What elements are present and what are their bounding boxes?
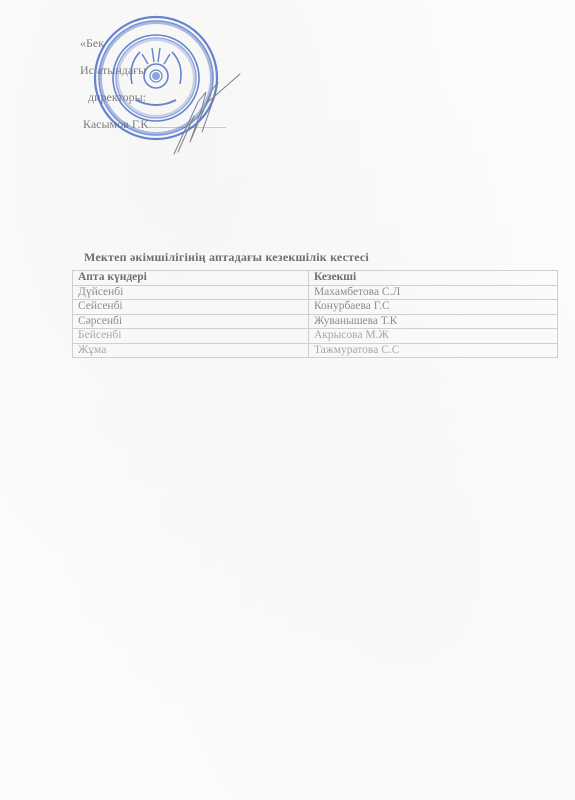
duty-officer-cell: Тажмуратова С.С [308, 343, 557, 358]
document-title: Мектеп әкімшілігінің аптадағы кезекшілік… [84, 250, 369, 265]
weekday-cell: Бейсенбі [73, 329, 309, 344]
approval-line-school-name: Ис атындағы [80, 57, 151, 84]
table-row: Дүйсенбі Махамбетова С.Л [73, 285, 558, 300]
weekday-cell: Жұма [73, 343, 309, 358]
weekday-cell: Дүйсенбі [73, 285, 309, 300]
table-row: Сәрсенбі Жуванышева Т.К [73, 314, 558, 329]
table-row: Жұма Тажмуратова С.С [73, 343, 558, 358]
duty-officer-cell: Конурбаева Г.С [308, 300, 557, 315]
duty-officer-cell: Акрысова М.Ж [308, 329, 557, 344]
approval-signatory-name: Касымов Г.К. [83, 111, 151, 138]
weekday-cell: Сейсенбі [73, 300, 309, 315]
table-row: Сейсенбі Конурбаева Г.С [73, 300, 558, 315]
duty-officer-cell: Жуванышева Т.К [308, 314, 557, 329]
duty-officer-cell: Махамбетова С.Л [308, 285, 557, 300]
handwritten-signature-icon [168, 72, 248, 158]
approval-block: «Бек Ис атындағы директоры: Касымов Г.К. [80, 30, 151, 138]
duty-schedule-table: Апта күндері Кезекші Дүйсенбі Махамбетов… [72, 270, 558, 358]
approval-line-organization: «Бек [80, 30, 151, 57]
column-header-duty-officer: Кезекші [308, 271, 557, 286]
table-row: Бейсенбі Акрысова М.Ж [73, 329, 558, 344]
approval-line-director-title: директоры: [88, 84, 151, 111]
signature-line [148, 127, 226, 128]
column-header-weekdays: Апта күндері [73, 271, 309, 286]
table-header-row: Апта күндері Кезекші [73, 271, 558, 286]
weekday-cell: Сәрсенбі [73, 314, 309, 329]
document-page: «Бек Ис атындағы директоры: Касымов Г.К. [0, 0, 575, 800]
